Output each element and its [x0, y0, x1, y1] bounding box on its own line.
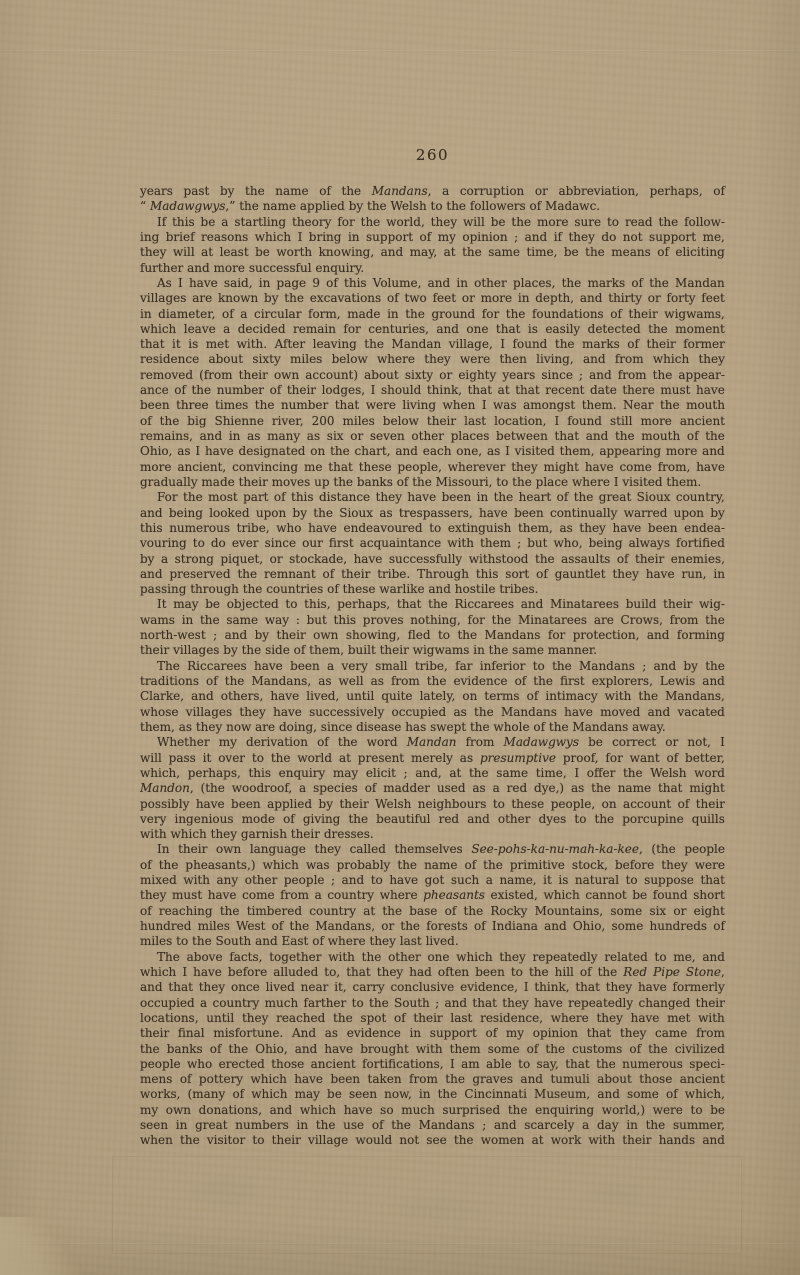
- word: they: [376, 490, 402, 505]
- word: (the: [651, 842, 675, 857]
- word: Mandans: [485, 628, 541, 643]
- word: would: [355, 1133, 392, 1148]
- text-line: with which they garnish their dresses.: [140, 827, 725, 842]
- word: them.: [582, 398, 617, 413]
- word: be: [255, 245, 270, 260]
- word: the: [506, 307, 526, 322]
- word: chart,: [355, 444, 391, 459]
- word: through: [190, 582, 239, 597]
- word: occupied: [140, 996, 195, 1011]
- word: and: [544, 919, 567, 934]
- word: follow-: [684, 215, 725, 230]
- word: red: [507, 781, 528, 796]
- word: near: [301, 980, 329, 995]
- word: Riccarees: [187, 659, 247, 674]
- word: I: [482, 398, 487, 413]
- word: been: [442, 490, 472, 505]
- word: Clarke,: [140, 689, 184, 704]
- word: my: [140, 1103, 158, 1118]
- word: they: [377, 965, 403, 980]
- word: hands: [659, 1133, 695, 1148]
- word: where: [328, 934, 366, 949]
- word: them,: [560, 444, 595, 459]
- word: some: [610, 904, 642, 919]
- word: the: [457, 628, 477, 643]
- word: or: [270, 552, 283, 567]
- word: the: [596, 1057, 616, 1072]
- word: their: [291, 827, 320, 842]
- word: endeavoured: [344, 521, 423, 536]
- word: of: [319, 184, 331, 199]
- word: their: [277, 628, 306, 643]
- word: and: [494, 1118, 517, 1133]
- word: away.: [632, 720, 666, 735]
- word: world,): [602, 1103, 645, 1118]
- word: with: [140, 827, 167, 842]
- word: it: [203, 751, 212, 766]
- word: them.: [666, 475, 701, 490]
- word: Museum,: [534, 1087, 590, 1102]
- word: side: [265, 643, 290, 658]
- word: by: [140, 552, 154, 567]
- word: may,: [410, 245, 438, 260]
- word: or: [381, 919, 394, 934]
- word: Mandan: [391, 337, 441, 352]
- word: as: [247, 429, 260, 444]
- word: their: [635, 552, 664, 567]
- word: Ohio,: [255, 1042, 287, 1057]
- word: miles: [140, 934, 172, 949]
- word: of: [486, 1026, 498, 1041]
- word: continually: [550, 506, 617, 521]
- text-line: “ Madawgwys,” the name applied by the We…: [140, 199, 725, 214]
- word: they: [431, 215, 457, 230]
- word: to: [626, 873, 638, 888]
- word: fled: [408, 628, 431, 643]
- word: I: [178, 276, 183, 291]
- word: have: [193, 965, 222, 980]
- word: the: [342, 184, 362, 199]
- word: of: [687, 429, 699, 444]
- word: think,: [534, 980, 569, 995]
- text-line: yearspastbythenameoftheMandans,acorrupti…: [140, 184, 725, 199]
- word: built: [348, 643, 376, 658]
- word: more: [666, 444, 697, 459]
- word: I: [574, 766, 579, 781]
- word: Welsh: [390, 199, 426, 214]
- word: they: [606, 980, 632, 995]
- word: before: [228, 965, 267, 980]
- word: that: [658, 781, 683, 796]
- word: related: [604, 950, 647, 965]
- word: more: [640, 414, 671, 429]
- word: inferior: [480, 659, 526, 674]
- word: been: [290, 659, 320, 674]
- word: sixty: [252, 352, 280, 367]
- word: madder: [383, 781, 430, 796]
- word: before: [615, 858, 654, 873]
- word: not,: [687, 735, 711, 750]
- word: the: [512, 475, 532, 490]
- word: applied: [300, 199, 345, 214]
- word: that: [515, 383, 540, 398]
- word: visited: [622, 475, 662, 490]
- word: that: [468, 383, 493, 398]
- text-line: ingbriefreasonswhichIbringinsupportofmyo…: [140, 230, 725, 245]
- word: until: [346, 689, 374, 704]
- word: of: [527, 689, 539, 704]
- word: very: [341, 659, 367, 674]
- word: may: [295, 1087, 320, 1102]
- text-line: andpreservedtheremnantoftheirtribe.Throu…: [140, 567, 725, 582]
- word: Mandans: [501, 705, 557, 720]
- word: spot: [360, 1011, 386, 1026]
- word: at: [201, 245, 213, 260]
- word: better,: [685, 751, 725, 766]
- word: three: [176, 398, 209, 413]
- word: six: [649, 904, 666, 919]
- word: the: [474, 705, 494, 720]
- word: found: [567, 414, 602, 429]
- word: fortifications,: [362, 1057, 444, 1072]
- word: been: [475, 965, 505, 980]
- word: Cincinnati: [464, 1087, 527, 1102]
- word: graves: [472, 1072, 513, 1087]
- word: and: [520, 1072, 543, 1087]
- word: as: [177, 444, 190, 459]
- word: the: [200, 613, 220, 628]
- word: and: [467, 812, 490, 827]
- word: the: [229, 1042, 249, 1057]
- word: Ohio,: [140, 444, 172, 459]
- word: centuries,: [368, 322, 429, 337]
- word: Mandans: [419, 1118, 475, 1133]
- word: to: [438, 628, 450, 643]
- word: have: [273, 705, 302, 720]
- word: their: [287, 383, 316, 398]
- word: In: [157, 842, 169, 857]
- word: feet: [701, 291, 724, 306]
- word: each: [423, 444, 452, 459]
- word: as: [487, 444, 500, 459]
- word: merely: [411, 751, 453, 766]
- word: their: [696, 996, 725, 1011]
- paragraph: AsIhavesaid,inpage9ofthisVolume,andinoth…: [140, 276, 725, 490]
- word: pottery: [199, 1072, 243, 1087]
- word: neighbours: [418, 797, 487, 812]
- word: with: [447, 536, 474, 551]
- word: there: [622, 383, 655, 398]
- word: distance: [319, 490, 370, 505]
- text-line: whenthevisitortotheirvillagewouldnotseet…: [140, 1133, 725, 1148]
- word: them,: [518, 521, 553, 536]
- word: I: [554, 414, 559, 429]
- word: these: [511, 797, 544, 812]
- word: extinguish: [448, 521, 511, 536]
- word: have: [354, 552, 383, 567]
- word: of: [667, 751, 679, 766]
- word: a: [486, 873, 493, 888]
- word: from: [409, 1072, 438, 1087]
- word: which: [140, 322, 176, 337]
- word: their: [272, 1133, 301, 1148]
- text-line: possiblyhavebeenappliedbytheirWelshneigh…: [140, 797, 725, 812]
- word: or: [665, 735, 678, 750]
- word: the: [705, 429, 725, 444]
- word: have: [389, 873, 418, 888]
- word: by: [223, 643, 237, 658]
- word: Sioux: [637, 490, 671, 505]
- word: much: [265, 996, 299, 1011]
- word: applied: [267, 797, 312, 812]
- word: for: [468, 613, 485, 628]
- word: will: [140, 751, 162, 766]
- text-line: villagesareknownbytheexcavationsoftwofee…: [140, 291, 725, 306]
- word: remnant: [264, 567, 316, 582]
- word: say,: [537, 1057, 559, 1072]
- word: and: [191, 689, 214, 704]
- word: Minatarees: [550, 597, 619, 612]
- word: of: [323, 567, 335, 582]
- word: or: [673, 904, 686, 919]
- word: fortified: [676, 536, 725, 551]
- word: name: [275, 184, 308, 199]
- word: sort: [505, 567, 529, 582]
- word: the: [242, 643, 262, 658]
- word: found: [513, 337, 548, 352]
- word: the: [489, 643, 509, 658]
- word: I: [298, 230, 303, 245]
- text-line: anceofthenumberoftheirlodges,Ishouldthin…: [140, 383, 725, 398]
- word: 9: [312, 276, 320, 291]
- word: country: [309, 904, 356, 919]
- word: where: [380, 888, 418, 903]
- word: the: [333, 475, 353, 490]
- text-line: theirfinalmisfortune.Andasevidenceinsupp…: [140, 1026, 725, 1041]
- word: I: [505, 444, 510, 459]
- text-line: ofthebigShienneriver,200milesbelowtheirl…: [140, 414, 725, 429]
- word: to,: [324, 965, 340, 980]
- word: and: [702, 950, 725, 965]
- word: perhaps,: [188, 766, 241, 781]
- word: the: [316, 1118, 336, 1133]
- word: run,: [681, 567, 706, 582]
- word: have: [270, 689, 299, 704]
- word: and: [270, 1103, 293, 1118]
- word: abbreviation,: [558, 184, 639, 199]
- word: hundreds: [650, 919, 708, 934]
- word: be: [491, 215, 506, 230]
- word: banks: [167, 1042, 203, 1057]
- paragraph: TheRiccareeshavebeenaverysmalltribe,fari…: [140, 659, 725, 736]
- word: of: [515, 674, 527, 689]
- word: come: [242, 888, 274, 903]
- word: that: [335, 398, 360, 413]
- word: found: [653, 888, 688, 903]
- word: as: [307, 429, 320, 444]
- word: Pipe: [653, 965, 680, 980]
- word: do: [601, 230, 616, 245]
- word: villages: [140, 291, 186, 306]
- word: vouring: [140, 536, 187, 551]
- word: are: [255, 720, 275, 735]
- word: miles: [198, 919, 230, 934]
- word: who,: [553, 536, 582, 551]
- word: has: [405, 720, 426, 735]
- word: presumptive: [480, 751, 556, 766]
- word: Shienne: [214, 414, 263, 429]
- word: been: [514, 506, 544, 521]
- text-line: north-west;andbytheirownshowing,fledtoth…: [140, 628, 725, 643]
- word: recent: [545, 383, 584, 398]
- word: ancient: [680, 414, 725, 429]
- text-line: whosevillagestheyhavesuccessivelyoccupie…: [140, 705, 725, 720]
- word: hostile: [455, 582, 496, 597]
- word: have: [696, 460, 725, 475]
- word: wigwams,: [664, 307, 725, 322]
- word: the: [140, 1042, 160, 1057]
- word: their: [663, 597, 692, 612]
- word: below: [383, 414, 419, 429]
- word: it: [172, 337, 181, 352]
- word: the: [545, 1042, 565, 1057]
- word: their: [178, 842, 207, 857]
- word: enquiry: [279, 766, 326, 781]
- word: since: [265, 536, 297, 551]
- word: people: [284, 873, 325, 888]
- word: carry: [352, 980, 384, 995]
- word: their: [427, 414, 456, 429]
- word: Mandan: [407, 735, 457, 750]
- word: have: [646, 567, 675, 582]
- word: living,: [536, 352, 574, 367]
- word: since: [541, 368, 573, 383]
- word: made: [347, 307, 380, 322]
- word: stock,: [572, 858, 608, 873]
- word: the: [382, 904, 402, 919]
- word: works,: [140, 1087, 180, 1102]
- word: Red: [623, 965, 647, 980]
- word: traditions: [140, 674, 199, 689]
- word: of: [270, 383, 282, 398]
- word: and: [428, 582, 451, 597]
- word: If: [157, 215, 166, 230]
- word: locations,: [140, 1011, 199, 1026]
- word: appear-: [678, 368, 725, 383]
- word: beautiful: [376, 812, 430, 827]
- word: they: [499, 950, 525, 965]
- word: numerous: [622, 1057, 683, 1072]
- word: others,: [221, 689, 264, 704]
- text-line: theymusthavecomefromacountrywherepheasan…: [140, 888, 725, 903]
- word: below: [332, 352, 368, 367]
- word: of: [464, 858, 476, 873]
- word: seen: [349, 1087, 377, 1102]
- word: they: [502, 996, 528, 1011]
- word: enemies,: [671, 552, 725, 567]
- word: cannot: [585, 888, 626, 903]
- word: they: [199, 980, 225, 995]
- word: same: [226, 613, 258, 628]
- word: at: [498, 383, 510, 398]
- word: they: [242, 1011, 268, 1026]
- word: trespassers,: [399, 506, 473, 521]
- word: I: [182, 965, 187, 980]
- word: not: [399, 1133, 419, 1148]
- word: with: [328, 950, 355, 965]
- word: number: [217, 383, 264, 398]
- word: ing: [140, 230, 159, 245]
- word: by: [349, 199, 363, 214]
- word: and: [444, 996, 467, 1011]
- word: the: [494, 490, 514, 505]
- word: as: [472, 781, 485, 796]
- word: (from: [199, 368, 232, 383]
- word: which: [251, 1087, 287, 1102]
- word: which: [140, 965, 176, 980]
- word: explorers,: [592, 674, 653, 689]
- word: which: [543, 888, 579, 903]
- page-text: yearspastbythenameoftheMandans,acorrupti…: [140, 184, 725, 1149]
- word: the: [615, 429, 635, 444]
- word: reasons: [201, 230, 248, 245]
- word: are: [594, 613, 614, 628]
- word: and: [200, 429, 223, 444]
- word: them,: [309, 643, 344, 658]
- word: the: [483, 858, 503, 873]
- word: that: [472, 996, 497, 1011]
- word: and: [580, 291, 603, 306]
- word: mouth: [686, 398, 725, 413]
- word: their: [413, 1011, 442, 1026]
- word: the: [648, 322, 668, 337]
- word: the: [623, 766, 643, 781]
- word: the: [492, 613, 512, 628]
- word: then: [499, 352, 526, 367]
- text-line: indiameter,ofacircularform,madeinthegrou…: [140, 307, 725, 322]
- word: in: [176, 1118, 188, 1133]
- word: been: [330, 1072, 360, 1087]
- word: the: [338, 735, 358, 750]
- word: tribes.: [499, 582, 538, 597]
- word: miles: [290, 352, 322, 367]
- word: Welsh: [650, 766, 686, 781]
- word: protection,: [573, 628, 640, 643]
- word: may: [173, 597, 198, 612]
- word: them: [480, 536, 511, 551]
- text-line: byastrongpiquet,orstockade,havesuccessfu…: [140, 552, 725, 567]
- word: they: [612, 567, 638, 582]
- word: I: [524, 980, 529, 995]
- word: in: [518, 291, 530, 306]
- paragraph: IntheirownlanguagetheycalledthemselvesSe…: [140, 842, 725, 949]
- word: the: [552, 659, 572, 674]
- word: the: [220, 904, 240, 919]
- word: the: [255, 398, 275, 413]
- word: eight: [694, 904, 725, 919]
- word: they: [596, 1011, 622, 1026]
- word: amongst: [523, 398, 575, 413]
- word: it,: [334, 980, 346, 995]
- word: stockade,: [289, 552, 347, 567]
- word: that: [328, 460, 353, 475]
- word: numbers: [235, 1118, 289, 1133]
- word: assaults: [561, 552, 610, 567]
- word: least: [220, 245, 249, 260]
- text-line: them, as they now are doing, since disea…: [140, 720, 725, 735]
- word: easily: [545, 322, 580, 337]
- word: and: [648, 705, 671, 720]
